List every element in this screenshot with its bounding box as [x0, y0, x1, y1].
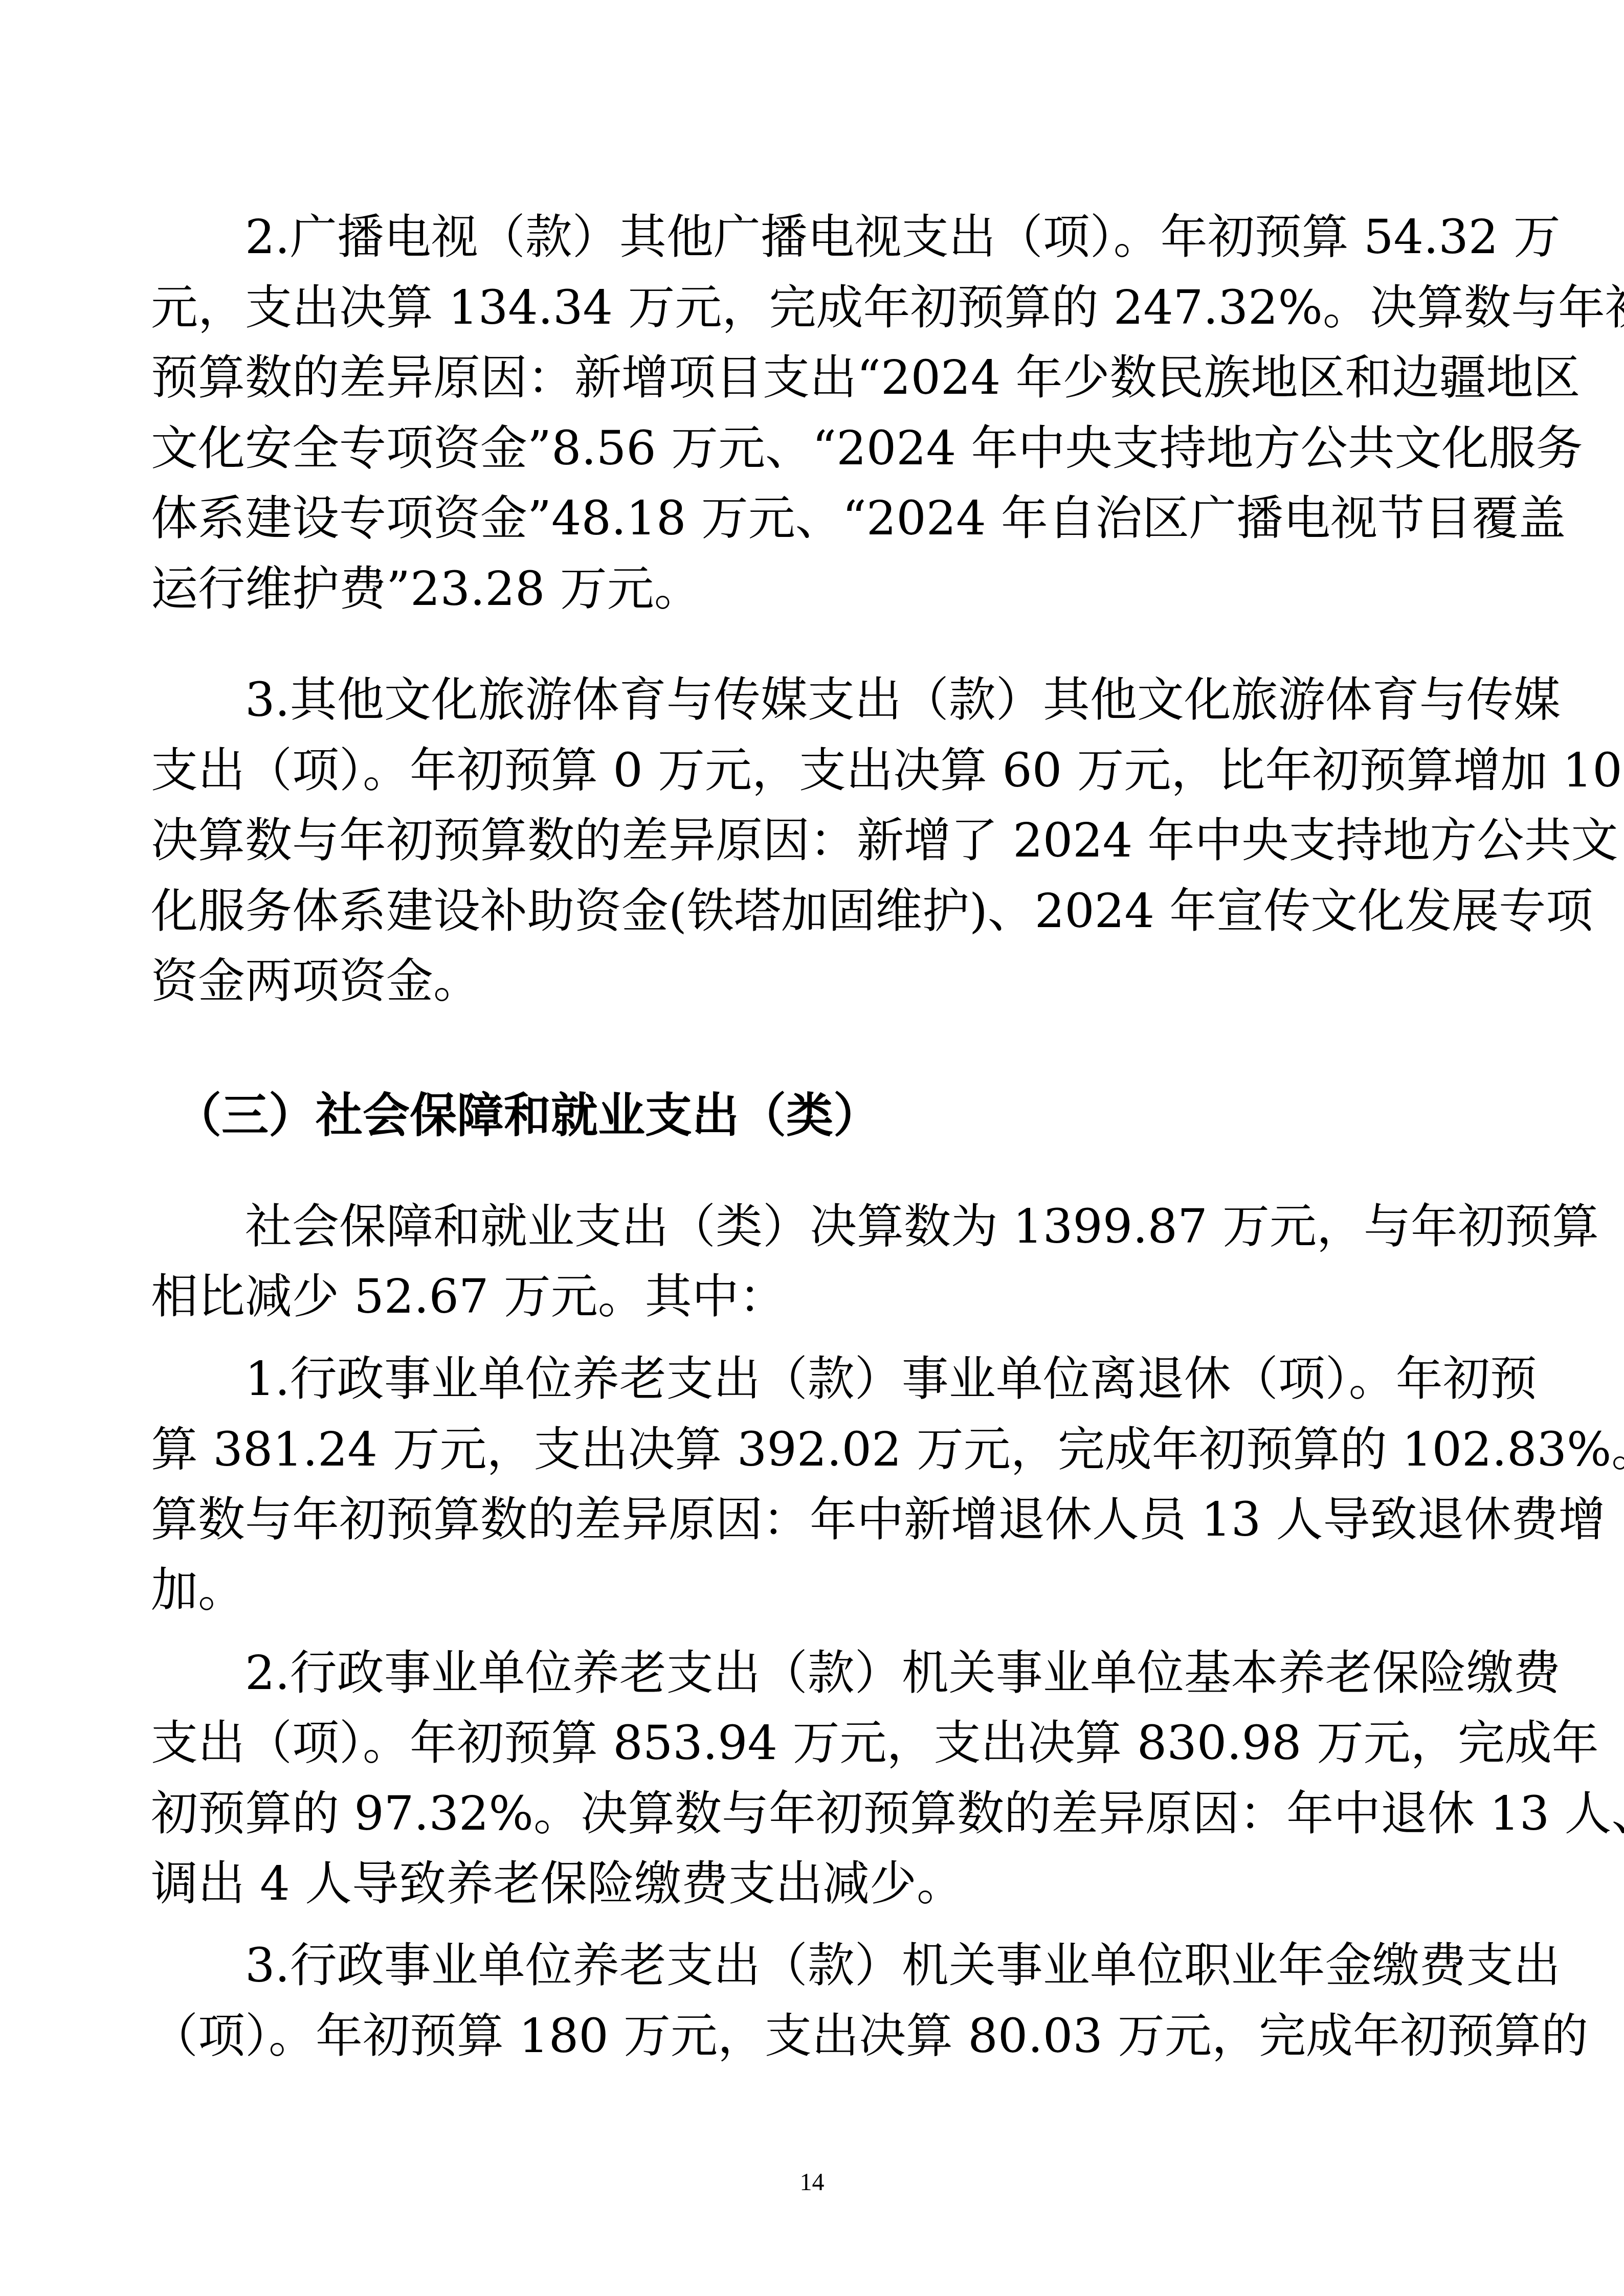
paragraph-other-culture-line-3: 决算数与年初预算数的差异原因：新增了 2024 年中央支持地方公共文 — [151, 805, 1473, 875]
paragraph-other-culture-line-2: 支出（项）。年初预算 0 万元，支出决算 60 万元，比年初预算增加 100%。 — [151, 735, 1473, 805]
paragraph-broadcast-line-2: 元，支出决算 134.34 万元，完成年初预算的 247.32%。决算数与年初 — [151, 273, 1473, 343]
paragraph-occupational-annuity-line-2: （项）。年初预算 180 万元，支出决算 80.03 万元，完成年初预算的 — [151, 2001, 1473, 2071]
paragraph-broadcast-line-1: 2.广播电视（款）其他广播电视支出（项）。年初预算 54.32 万 — [151, 202, 1473, 272]
paragraph-retirement-line-2: 算 381.24 万元，支出决算 392.02 万元，完成年初预算的 102.8… — [151, 1414, 1473, 1484]
paragraph-other-culture-line-4: 化服务体系建设补助资金(铁塔加固维护)、2024 年宣传文化发展专项 — [151, 876, 1473, 946]
paragraph-other-culture-line-1: 3.其他文化旅游体育与传媒支出（款）其他文化旅游体育与传媒 — [151, 665, 1473, 735]
paragraph-pension-insurance-line-2: 支出（项）。年初预算 853.94 万元，支出决算 830.98 万元，完成年 — [151, 1708, 1473, 1778]
paragraph-broadcast-line-3: 预算数的差异原因：新增项目支出“2024 年少数民族地区和边疆地区 — [151, 343, 1473, 413]
paragraph-social-security-summary-line-1: 社会保障和就业支出（类）决算数为 1399.87 万元，与年初预算 — [151, 1191, 1473, 1262]
paragraph-broadcast-line-4: 文化安全专项资金”8.56 万元、“2024 年中央支持地方公共文化服务 — [151, 413, 1473, 483]
paragraph-broadcast-line-6: 运行维护费”23.28 万元。 — [151, 554, 1473, 624]
section-heading-social-security: （三）社会保障和就业支出（类） — [151, 1081, 1473, 1151]
paragraph-retirement-line-1: 1.行政事业单位养老支出（款）事业单位离退休（项）。年初预 — [151, 1344, 1473, 1414]
paragraph-pension-insurance-line-3: 初预算的 97.32%。决算数与年初预算数的差异原因：年中退休 13 人、 — [151, 1779, 1473, 1849]
paragraph-retirement-line-3: 算数与年初预算数的差异原因：年中新增退休人员 13 人导致退休费增 — [151, 1484, 1473, 1555]
paragraph-other-culture-line-5: 资金两项资金。 — [151, 946, 1473, 1016]
paragraph-occupational-annuity-line-1: 3.行政事业单位养老支出（款）机关事业单位职业年金缴费支出 — [151, 1930, 1473, 2000]
paragraph-pension-insurance-line-1: 2.行政事业单位养老支出（款）机关事业单位基本养老保险缴费 — [151, 1638, 1473, 1708]
page-number: 14 — [0, 2168, 1624, 2196]
paragraph-retirement-line-4: 加。 — [151, 1555, 1473, 1625]
paragraph-pension-insurance-line-4: 调出 4 人导致养老保险缴费支出减少。 — [151, 1849, 1473, 1919]
paragraph-social-security-summary-line-2: 相比减少 52.67 万元。其中： — [151, 1262, 1473, 1332]
paragraph-broadcast-line-5: 体系建设专项资金”48.18 万元、“2024 年自治区广播电视节目覆盖 — [151, 483, 1473, 553]
